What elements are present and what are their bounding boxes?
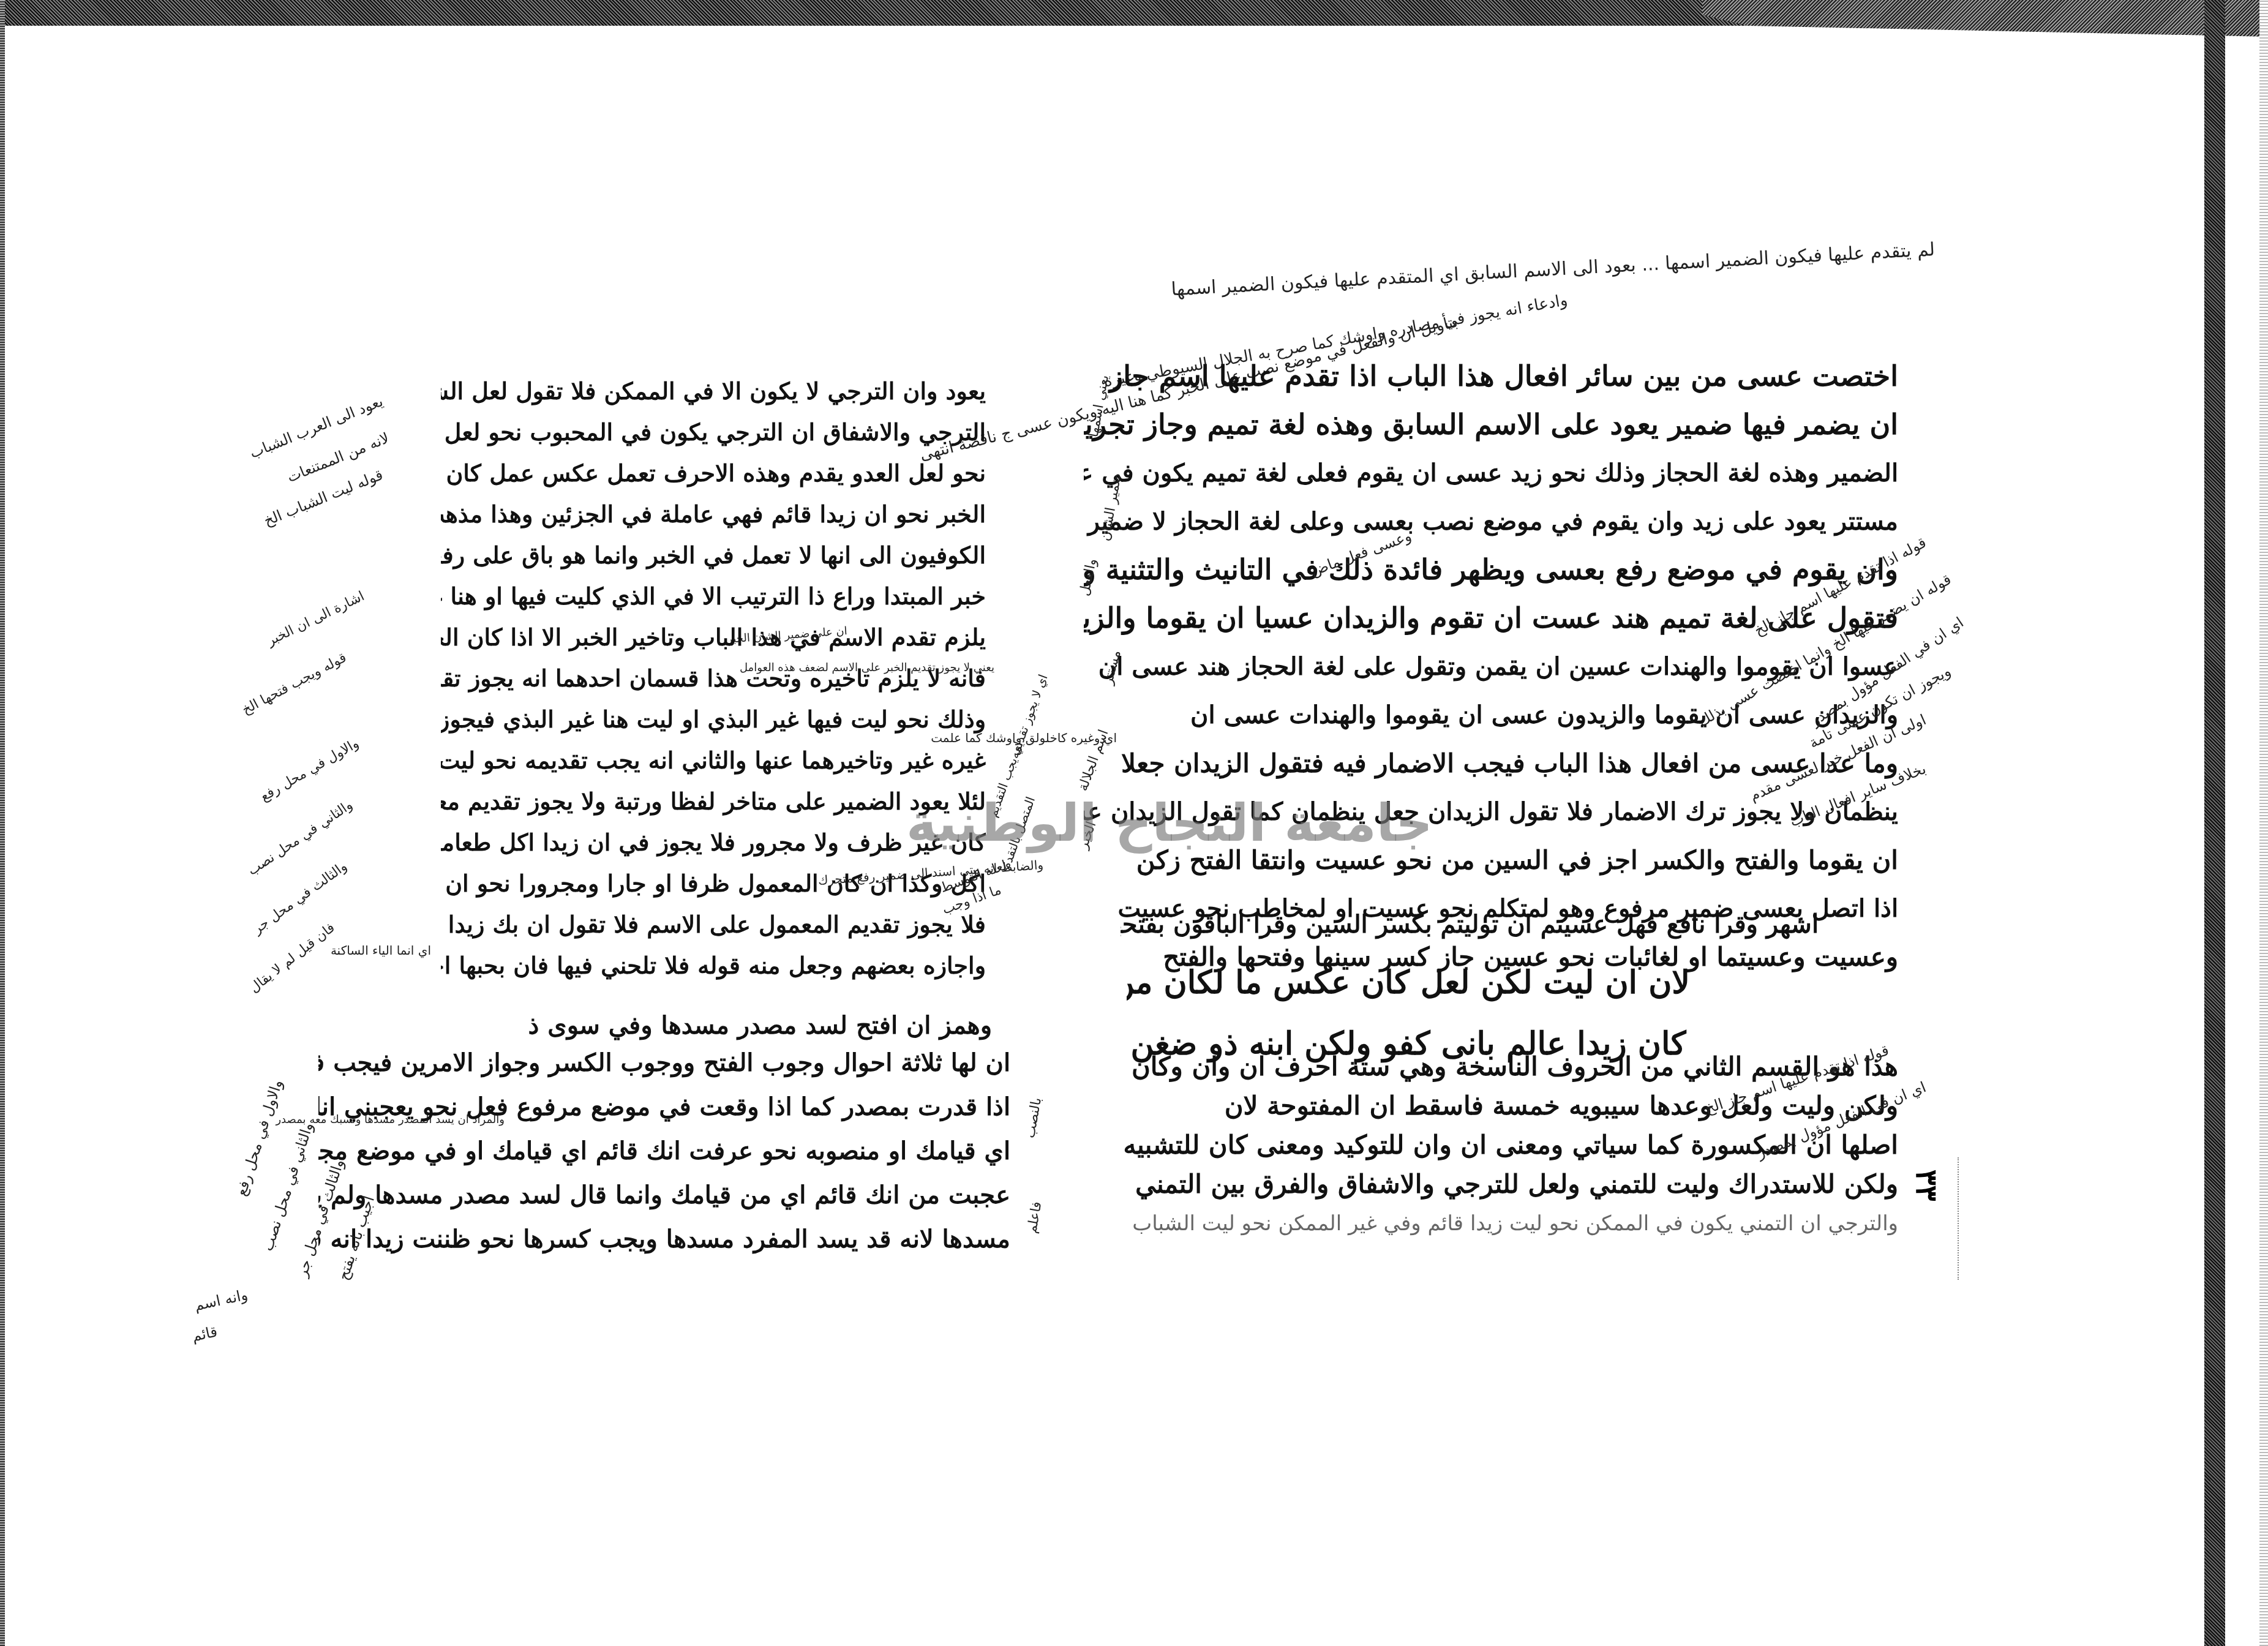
- text-line: يلزم تقدم الاسم في هذا الباب وتاخير الخب…: [441, 617, 986, 658]
- margin-note: قائم: [190, 1323, 219, 1345]
- left-page-main-text: يعود وان الترجي لا يكون الا في الممكن فل…: [441, 370, 986, 986]
- text-line: اي قيامك او منصوبه نحو عرفت انك قائم اي …: [318, 1129, 1010, 1173]
- text-line: لئلا يعود الضمير على متاخر لفظا ورتبة ول…: [441, 781, 986, 822]
- verse-line: لان ان ليت لكن لعل كان عكس ما لكان من عم…: [1127, 952, 1690, 1013]
- text-line: والزيدان عسى ان يقوما والزيدون عسى ان يق…: [1084, 691, 1898, 739]
- page-edge-line: [1958, 1157, 1959, 1280]
- margin-note: اشارة الى ان الخبر: [265, 588, 367, 649]
- interlinear-gloss: اي انما الياء الساكنة: [331, 943, 431, 958]
- text-line: وان يقوم في موضع رفع بعسى ويظهر فائدة ذل…: [1084, 546, 1898, 594]
- text-line: عجبت من انك قائم اي من قيامك وانما قال ل…: [318, 1173, 1010, 1217]
- scan-border-top-right: [1702, 0, 2268, 37]
- text-line: واجازه بعضهم وجعل منه قوله فلا تلحني فيه…: [441, 945, 986, 986]
- text-line: نحو لعل العدو يقدم وهذه الاحرف تعمل عكس …: [441, 453, 986, 494]
- text-line: غيره غير وتاخيرهما عنها والثاني انه يجب …: [441, 740, 986, 781]
- text-line: فلا يجوز تقديم المعمول على الاسم فلا تقو…: [441, 904, 986, 945]
- margin-note: والاول في محل رفع: [233, 1078, 287, 1198]
- margin-note: يعني لا يجوز تقديم الخبر على الاسم لضعف …: [740, 661, 994, 674]
- text-line: كان غير ظرف ولا مجرور فلا يجوز في ان زيد…: [441, 822, 986, 863]
- scan-border-edge: [2259, 0, 2268, 1646]
- text-line: مسدها لانه قد يسد المفرد مسدها ويجب كسره…: [318, 1217, 1010, 1261]
- margin-note: وانه اسم: [193, 1286, 249, 1314]
- scan-border-left: [0, 0, 5, 1646]
- text-line: الضمير وهذه لغة الحجاز وذلك نحو زيد عسى …: [1084, 449, 1898, 497]
- left-page-lower-text: ان لها ثلاثة احوال وجوب الفتح ووجوب الكس…: [318, 1041, 1010, 1261]
- text-line: اكل وكذا ان كان المعمول ظرفا او جارا ومج…: [441, 863, 986, 904]
- text-line: خبر المبتدا وراع ذا الترتيب الا في الذي …: [441, 576, 986, 617]
- text-line: الترجي والاشفاق ان الترجي يكون في المحبو…: [441, 411, 986, 453]
- right-page-line-14: اشهر وقرا نافع فهل عسيتم ان توليتم بكسر …: [1121, 906, 1819, 943]
- text-line: اشهر وقرا نافع فهل عسيتم ان توليتم بكسر …: [1121, 906, 1819, 943]
- text-line: ولكن للاستدراك وليت للتمني ولعل للترجي و…: [1108, 1165, 1898, 1204]
- right-page-top-note-1: لم يتقدم عليها فيكون الضمير اسمها ... بع…: [1171, 239, 1936, 300]
- text-line: يعود وان الترجي لا يكون الا في الممكن فل…: [441, 370, 986, 411]
- margin-note: قوله ليت الشباب الخ: [261, 466, 385, 530]
- text-line: الكوفيون الى انها لا تعمل في الخبر وانما…: [441, 535, 986, 576]
- text-line: وذلك نحو ليت فيها غير البذي او ليت هنا غ…: [441, 699, 986, 740]
- margin-note: قوله ويجب فتحها الخ: [239, 650, 349, 718]
- text-line: والترجي ان التمني يكون في الممكن نحو ليت…: [1108, 1204, 1898, 1243]
- left-page-verse: وهمز ان افتح لسد مصدر مسدها وفي سوى ذاك …: [527, 1007, 992, 1044]
- right-page-main-text: اختصت عسى من بين سائر افعال هذا الباب اذ…: [1084, 352, 1898, 981]
- text-line: مستتر يعود على زيد وان يقوم في موضع نصب …: [1084, 497, 1898, 546]
- text-line: ان يضمر فيها ضمير يعود على الاسم السابق …: [1084, 400, 1898, 449]
- page-number: ٣٣: [1909, 1170, 1943, 1201]
- text-line: الخبر نحو ان زيدا قائم فهي عاملة في الجز…: [441, 494, 986, 535]
- text-line: ان لها ثلاثة احوال وجوب الفتح ووجوب الكس…: [318, 1041, 1010, 1085]
- verse-line: وهمز ان افتح لسد مصدر مسدها وفي سوى ذاك …: [527, 1007, 992, 1044]
- scan-border-right: [2204, 0, 2225, 1646]
- text-line: اذا قدرت بمصدر كما اذا وقعت في موضع مرفو…: [318, 1085, 1010, 1129]
- text-line: اختصت عسى من بين سائر افعال هذا الباب اذ…: [1084, 352, 1898, 400]
- watermark-university: جامعة النجاح الوطنية: [906, 793, 1433, 853]
- margin-note: والاول في محل رفع: [258, 736, 361, 805]
